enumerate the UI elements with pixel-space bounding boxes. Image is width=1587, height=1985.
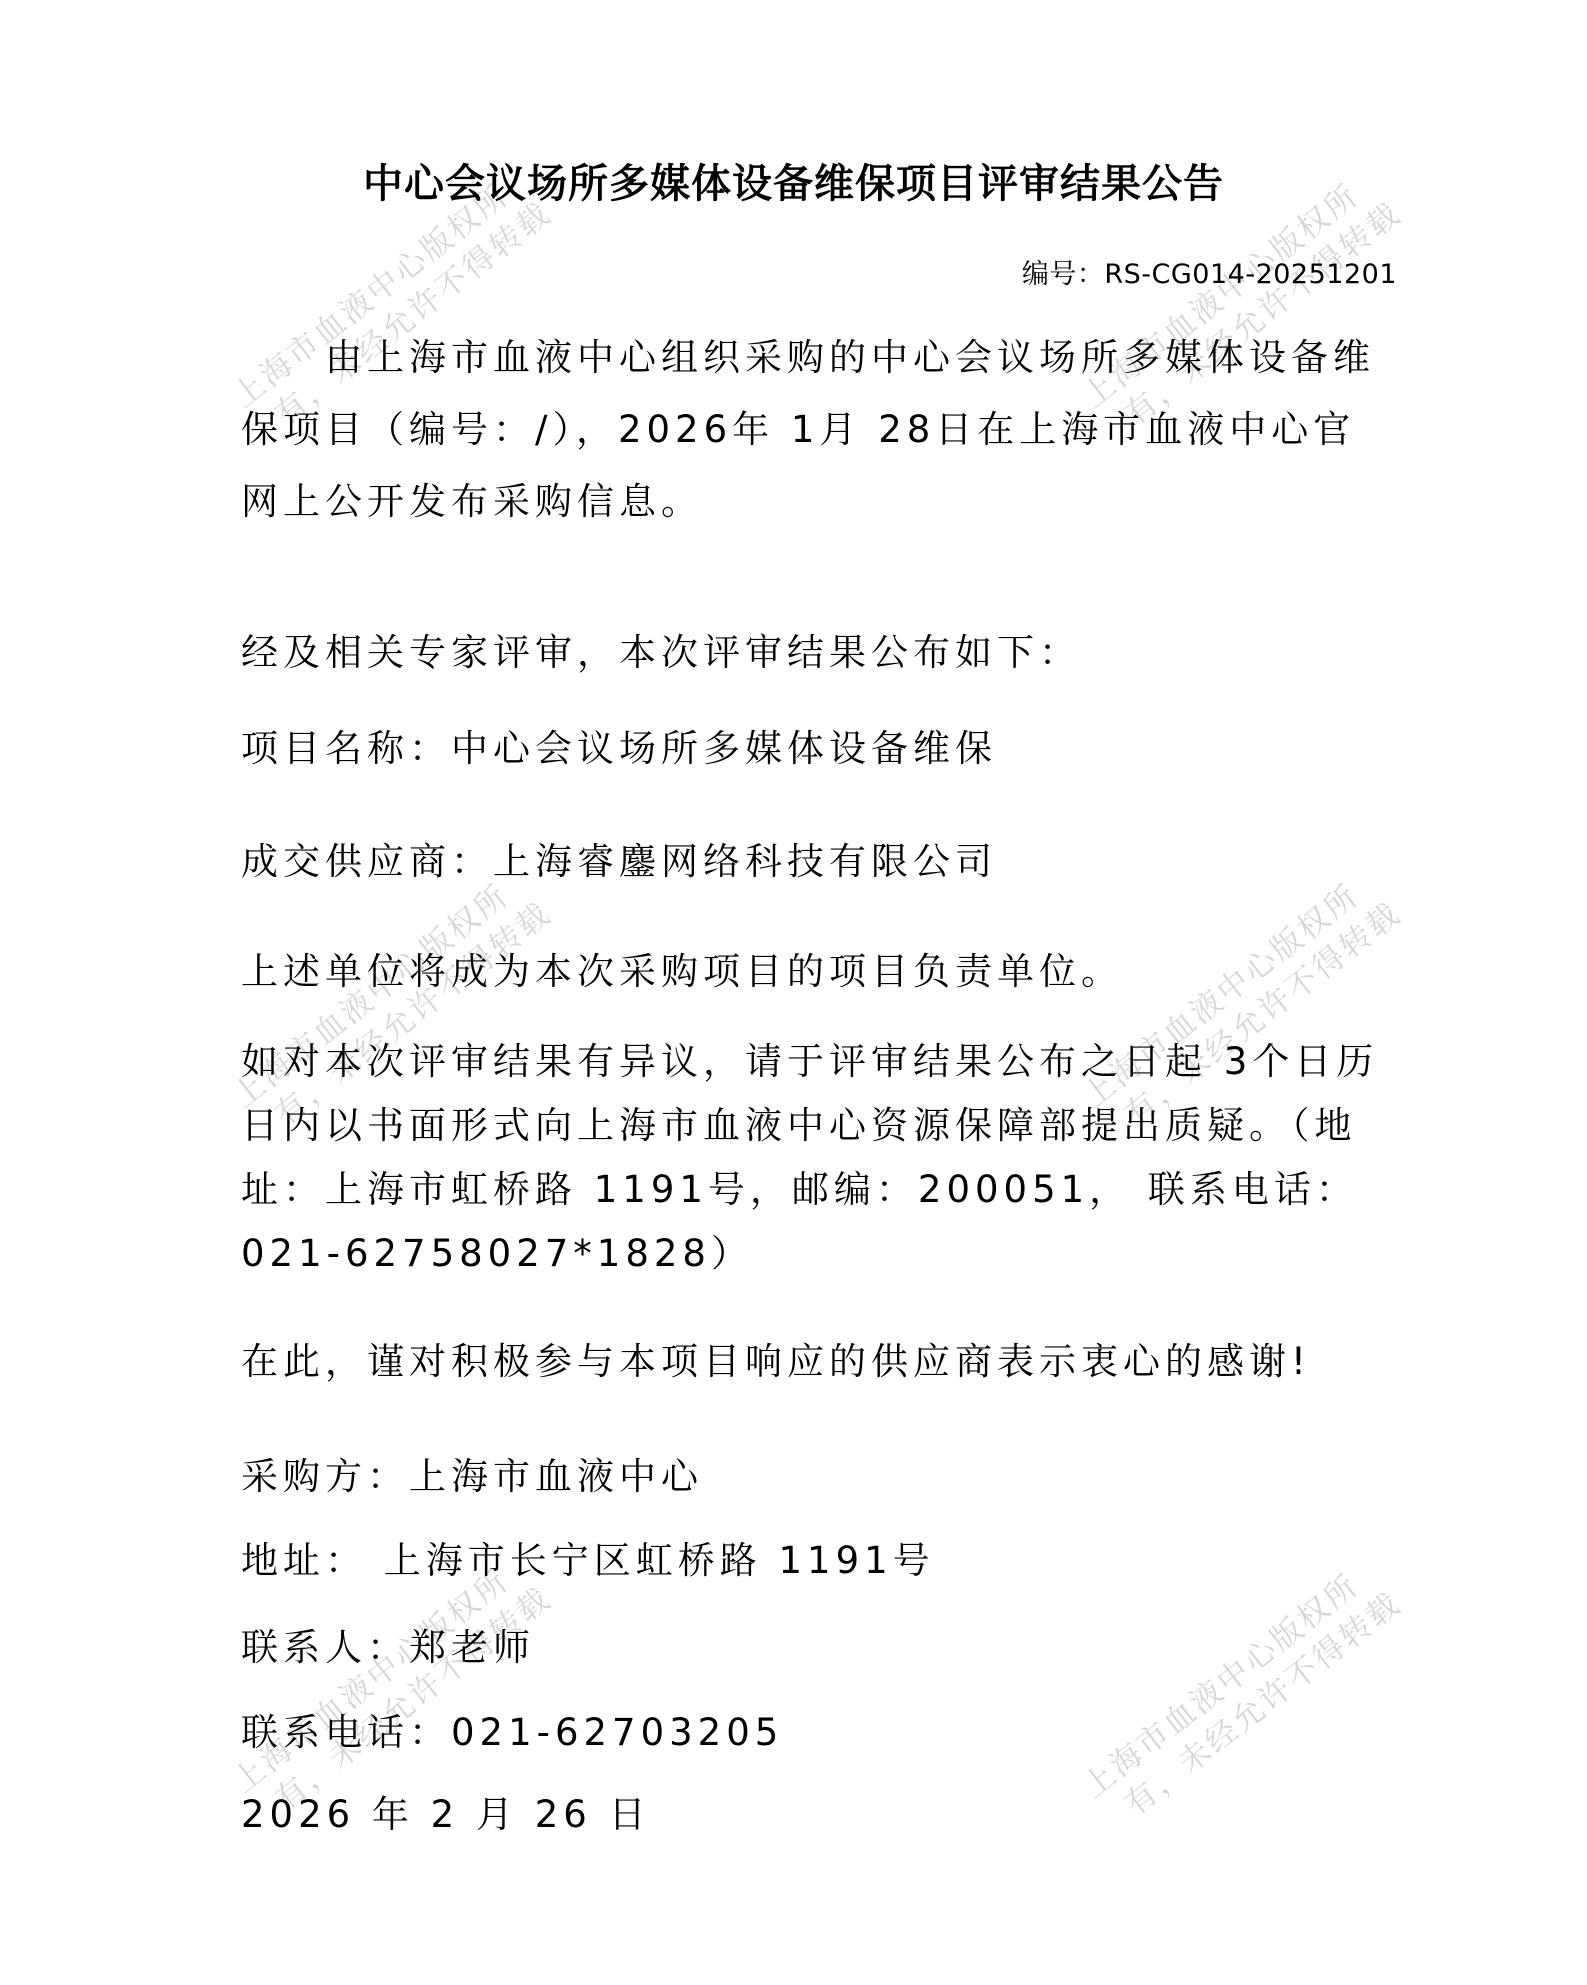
- watermark: 上海市血液中心版权所 有，未经允许不得转载: [1075, 1516, 1455, 1838]
- watermark-line1: 上海市血液中心版权所: [226, 1562, 516, 1800]
- contact-person: 联系人：郑老师: [241, 1617, 535, 1671]
- thanks-statement: 在此，谨对积极参与本项目响应的供应商表示衷心的感谢!: [241, 1331, 1311, 1385]
- project-name: 项目名称：中心会议场所多媒体设备维保: [241, 718, 997, 772]
- objection-paragraph: 如对本次评审结果有异议，请于评审结果公布之日起 3个日历日内以书面形式向上海市血…: [241, 1030, 1391, 1286]
- publish-date: 2026 年 2 月 26 日: [241, 1784, 651, 1838]
- document-page: 上海市血液中心版权所 有，未经允许不得转载 上海市血液中心版权所 有，未经允许不…: [0, 0, 1587, 1985]
- purchaser-address: 地址： 上海市长宁区虹桥路 1191号: [241, 1530, 935, 1584]
- purchaser: 采购方：上海市血液中心: [241, 1446, 703, 1500]
- responsible-unit-statement: 上述单位将成为本次采购项目的项目负责单位。: [241, 941, 1123, 995]
- review-statement: 经及相关专家评审，本次评审结果公布如下：: [241, 622, 1081, 676]
- supplier-name: 成交供应商：上海睿鏖网络科技有限公司: [241, 831, 997, 885]
- document-title: 中心会议场所多媒体设备维保项目评审结果公告: [0, 152, 1587, 209]
- watermark-line1: 上海市血液中心版权所: [1076, 1567, 1366, 1805]
- document-number: 编号：RS-CG014-20251201: [1022, 252, 1397, 291]
- contact-phone: 联系电话：021-62703205: [241, 1702, 783, 1756]
- watermark-line2: 有，未经允许不得转载: [1100, 1548, 1456, 1838]
- intro-paragraph: 由上海市血液中心组织采购的中心会议场所多媒体设备维保项目（编号：/），2026年…: [241, 322, 1391, 538]
